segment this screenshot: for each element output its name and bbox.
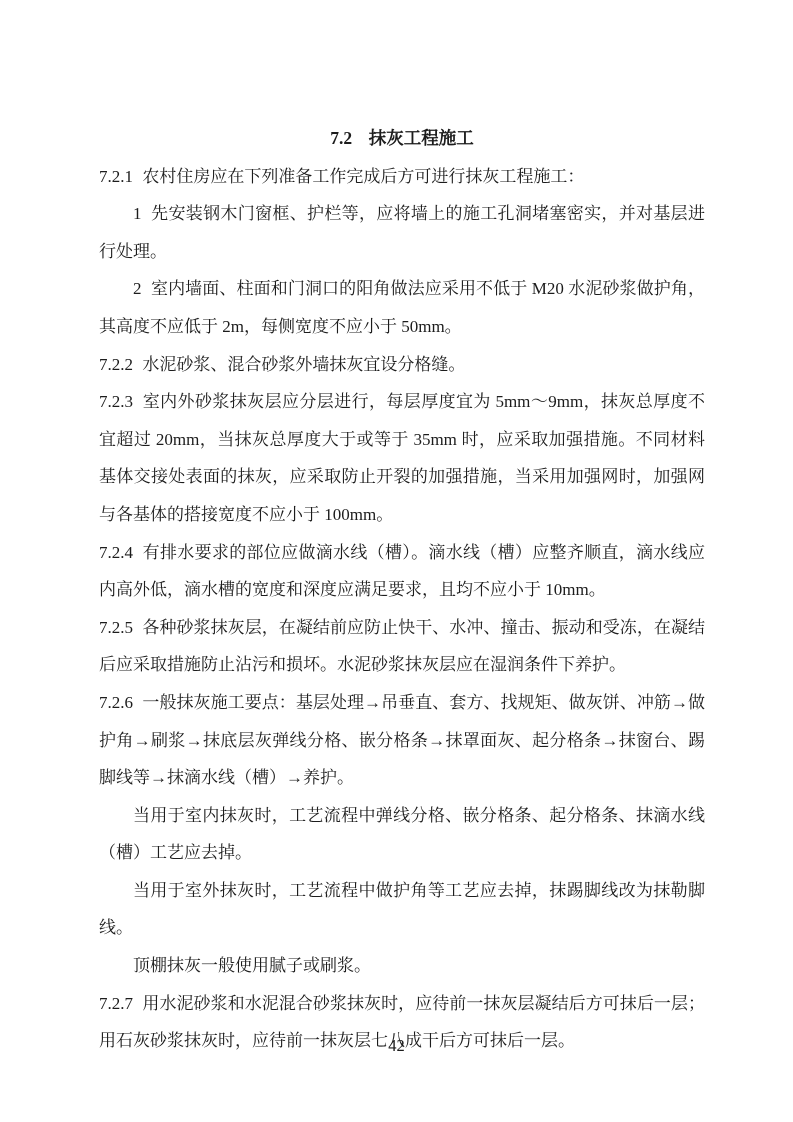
paragraph-text: 农村住房应在下列准备工作完成后方可进行抹灰工程施工： <box>142 167 584 186</box>
section-heading: 7.2抹灰工程施工 <box>99 120 705 158</box>
paragraph-text: 各种砂浆抹灰层，在凝结前应防止快干、水冲、撞击、振动和受冻，在凝结后应采取措施防… <box>99 618 705 675</box>
clause-number: 2 <box>133 279 142 298</box>
page-number: 42 <box>0 1027 793 1065</box>
clause-number: 7.2.3 <box>99 392 133 411</box>
paragraph-7.2.5: 7.2.5各种砂浆抹灰层，在凝结前应防止快干、水冲、撞击、振动和受冻，在凝结后应… <box>99 609 705 684</box>
paragraph-text: 一般抹灰施工要点：基层处理→吊垂直、套方、找规矩、做灰饼、冲筋→做护角→刷浆→抹… <box>99 693 705 787</box>
section-heading-text: 抹灰工程施工 <box>369 128 474 148</box>
paragraph-7.2.3: 7.2.3室内外砂浆抹灰层应分层进行，每层厚度宜为 5mm～9mm，抹灰总厚度不… <box>99 383 705 533</box>
paragraph-7.2.4: 7.2.4有排水要求的部位应做滴水线（槽）。滴水线（槽）应整齐顺直，滴水线应内高… <box>99 534 705 609</box>
paragraph-text: 先安装钢木门窗框、护栏等，应将墙上的施工孔洞堵塞密实，并对基层进行处理。 <box>99 204 705 261</box>
clause-number: 7.2.7 <box>99 994 133 1013</box>
paragraph-7.2.1: 7.2.1农村住房应在下列准备工作完成后方可进行抹灰工程施工： <box>99 158 705 196</box>
paragraph-1: 1先安装钢木门窗框、护栏等，应将墙上的施工孔洞堵塞密实，并对基层进行处理。 <box>99 195 705 270</box>
paragraph-text: 室内外砂浆抹灰层应分层进行，每层厚度宜为 5mm～9mm，抹灰总厚度不宜超过 2… <box>99 392 705 524</box>
paragraph: 顶棚抹灰一般使用腻子或刷浆。 <box>99 947 705 985</box>
paragraph-7.2.2: 7.2.2水泥砂浆、混合砂浆外墙抹灰宜设分格缝。 <box>99 346 705 384</box>
paragraph-7.2.6: 7.2.6一般抹灰施工要点：基层处理→吊垂直、套方、找规矩、做灰饼、冲筋→做护角… <box>99 684 705 797</box>
section-heading-number: 7.2 <box>330 128 352 148</box>
paragraph-text: 有排水要求的部位应做滴水线（槽）。滴水线（槽）应整齐顺直，滴水线应内高外低，滴水… <box>99 543 705 600</box>
paragraph-text: 当用于室外抹灰时，工艺流程中做护角等工艺应去掉，抹踢脚线改为抹勒脚线。 <box>99 881 705 938</box>
clause-number: 7.2.4 <box>99 543 133 562</box>
document-body: 7.2.1农村住房应在下列准备工作完成后方可进行抹灰工程施工：1先安装钢木门窗框… <box>99 158 705 1060</box>
paragraph-text: 顶棚抹灰一般使用腻子或刷浆。 <box>133 956 371 975</box>
clause-number: 7.2.2 <box>99 355 133 374</box>
document-page: 7.2抹灰工程施工 7.2.1农村住房应在下列准备工作完成后方可进行抹灰工程施工… <box>0 0 793 1122</box>
paragraph-2: 2室内墙面、柱面和门洞口的阳角做法应采用不低于 M20 水泥砂浆做护角，其高度不… <box>99 270 705 345</box>
paragraph: 当用于室内抹灰时，工艺流程中弹线分格、嵌分格条、起分格条、抹滴水线（槽）工艺应去… <box>99 797 705 872</box>
clause-number: 7.2.5 <box>99 618 133 637</box>
clause-number: 7.2.1 <box>99 167 133 186</box>
paragraph-text: 水泥砂浆、混合砂浆外墙抹灰宜设分格缝。 <box>142 355 465 374</box>
clause-number: 7.2.6 <box>99 693 133 712</box>
clause-number: 1 <box>133 204 142 223</box>
paragraph-text: 室内墙面、柱面和门洞口的阳角做法应采用不低于 M20 水泥砂浆做护角，其高度不应… <box>99 279 705 336</box>
paragraph-text: 当用于室内抹灰时，工艺流程中弹线分格、嵌分格条、起分格条、抹滴水线（槽）工艺应去… <box>99 806 705 863</box>
paragraph: 当用于室外抹灰时，工艺流程中做护角等工艺应去掉，抹踢脚线改为抹勒脚线。 <box>99 872 705 947</box>
